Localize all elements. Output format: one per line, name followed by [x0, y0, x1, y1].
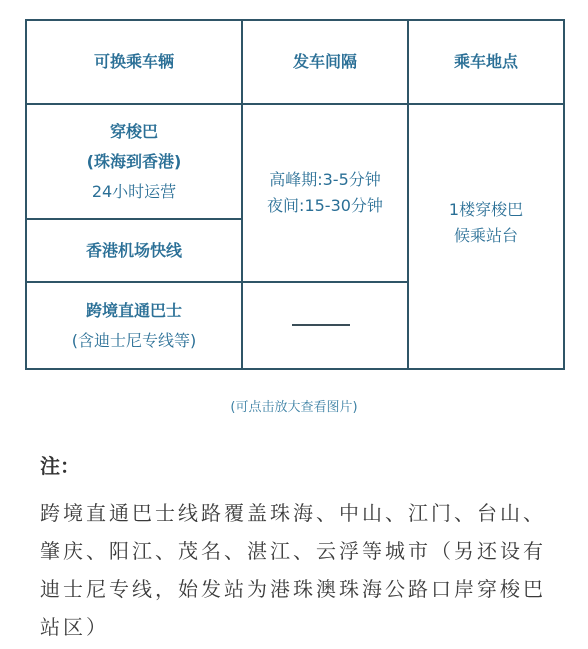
header-interval-label: 发车间隔: [293, 47, 357, 77]
note-body: 跨境直通巴士线路覆盖珠海、中山、江门、台山、肇庆、阳江、茂名、湛江、云浮等城市（…: [40, 494, 560, 646]
vehicle-route: (珠海到香港): [87, 147, 182, 177]
interval-night: 夜间:15-30分钟: [267, 193, 383, 219]
header-vehicle: 可换乘车辆: [27, 21, 241, 103]
vehicle-note: (含迪士尼专线等): [72, 326, 197, 356]
vehicle-airport-express: 香港机场快线: [27, 220, 241, 281]
header-interval: 发车间隔: [243, 21, 407, 103]
vehicle-name: 穿梭巴: [110, 117, 158, 147]
vehicle-name: 香港机场快线: [86, 236, 182, 266]
location-line-1: 1楼穿梭巴: [449, 197, 523, 223]
interval-none-dash: [292, 324, 350, 326]
note-title: 注：: [40, 450, 80, 479]
location-value: 1楼穿梭巴 候乘站台: [409, 105, 563, 368]
location-line-2: 候乘站台: [454, 223, 518, 249]
vehicle-shuttle-bus: 穿梭巴 (珠海到香港) 24小时运营: [27, 105, 241, 218]
header-location: 乘车地点: [409, 21, 563, 103]
header-location-label: 乘车地点: [454, 47, 518, 77]
vehicle-hours: 24小时运营: [92, 177, 176, 207]
vehicle-cross-border-bus: 跨境直通巴士 (含迪士尼专线等): [27, 283, 241, 368]
transfer-table: 可换乘车辆 发车间隔 乘车地点 穿梭巴 (珠海到香港) 24小时运营 香港机场快…: [25, 19, 564, 369]
vehicle-name: 跨境直通巴士: [86, 296, 182, 326]
table-border-right: [563, 19, 565, 370]
interval-value: 高峰期:3-5分钟 夜间:15-30分钟: [243, 105, 407, 281]
interval-peak: 高峰期:3-5分钟: [269, 167, 381, 193]
table-border-bottom: [25, 368, 564, 370]
zoom-caption: (可点击放大查看图片): [0, 396, 588, 415]
header-vehicle-label: 可换乘车辆: [94, 47, 174, 77]
